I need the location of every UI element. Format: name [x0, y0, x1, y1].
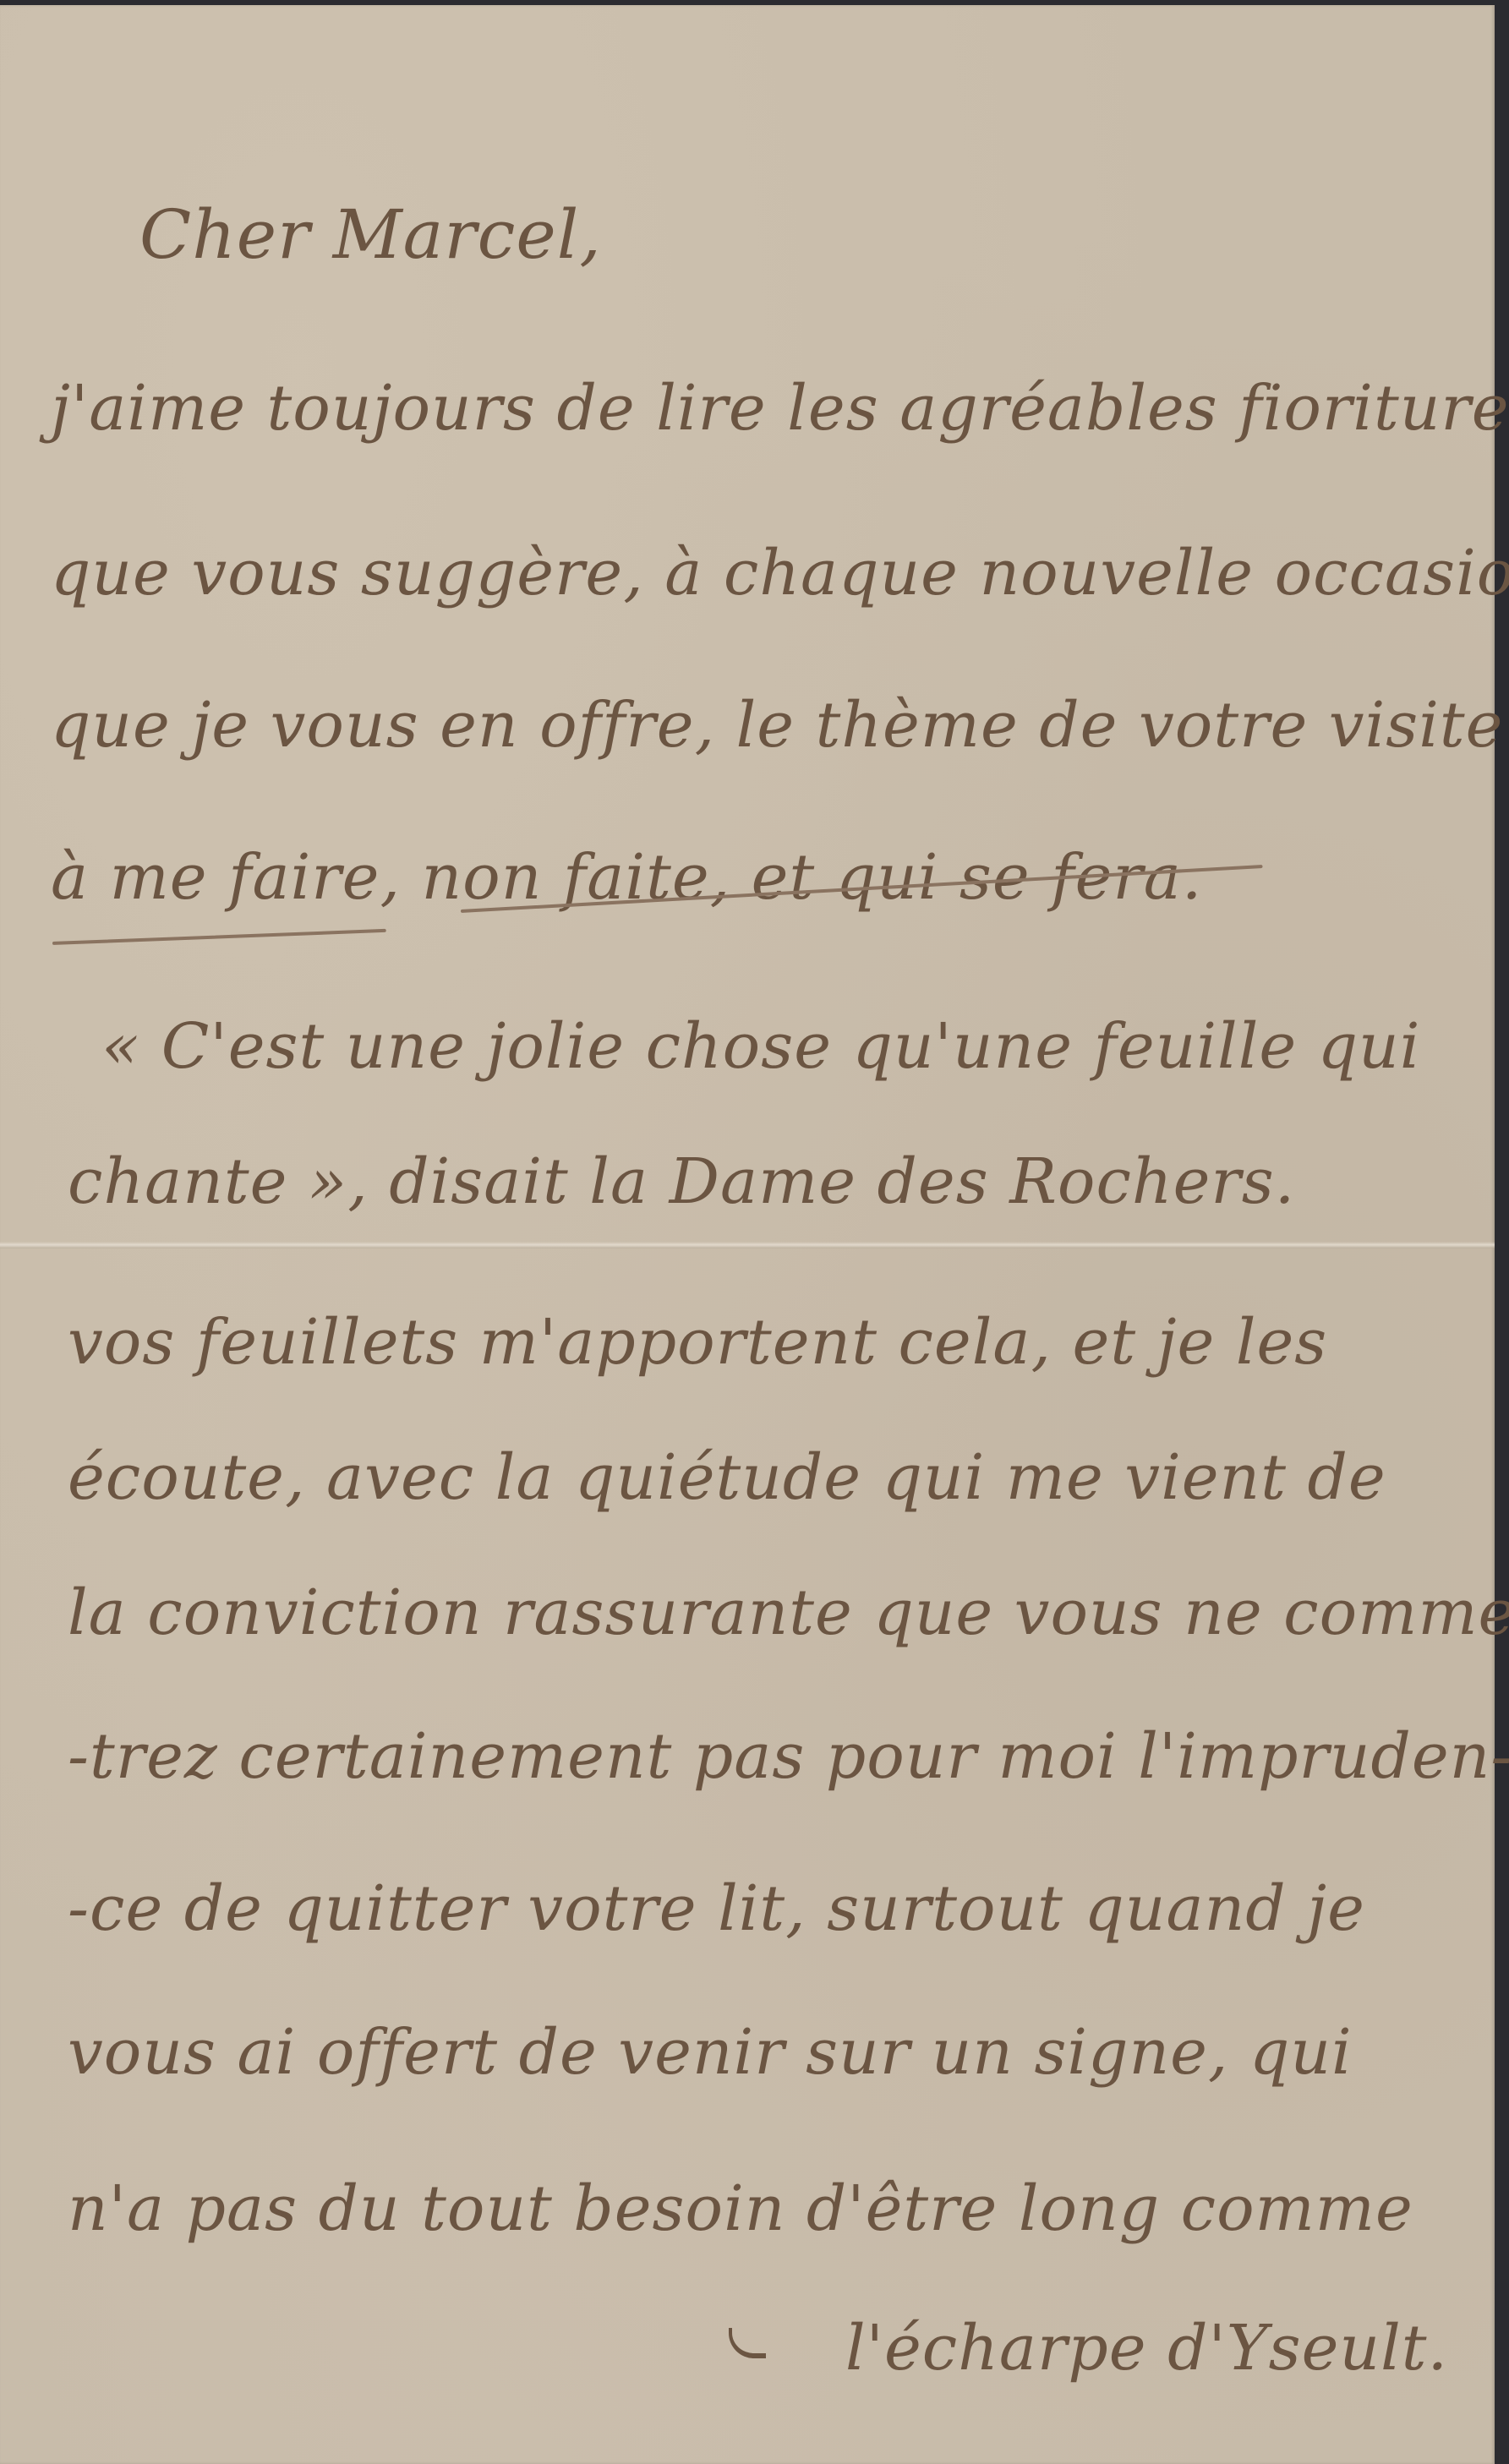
- letter-line-8: écoute, avec la quiétude qui me vient de: [68, 1446, 1386, 1509]
- letter-line-5: « C'est une jolie chose qu'une feuille q…: [101, 1015, 1420, 1078]
- letter-line-7: vos feuillets m'apportent cela, et je le…: [68, 1311, 1327, 1374]
- letter-line-11: -ce de quitter votre lit, surtout quand …: [68, 1877, 1365, 1940]
- letter-paper: Cher Marcel, j'aime toujours de lire les…: [0, 5, 1495, 2464]
- paper-fold-crease: [0, 1242, 1495, 1248]
- letter-line-12: vous ai offert de venir sur un signe, qu…: [68, 2021, 1353, 2084]
- letter-line-13: n'a pas du tout besoin d'être long comme: [68, 2177, 1413, 2240]
- letter-line-2: que vous suggère, à chaque nouvelle occa…: [51, 542, 1509, 604]
- letter-line-10: -trez certainement pas pour moi l'imprud…: [68, 1725, 1509, 1788]
- letter-line-6: chante », disait la Dame des Rochers.: [68, 1150, 1295, 1213]
- underline-stroke-1: [52, 929, 386, 945]
- letter-line-1: j'aime toujours de lire les agréables fi…: [51, 377, 1509, 440]
- letter-line-3: que je vous en offre, le thème de votre …: [51, 694, 1503, 757]
- letter-line-14: l'écharpe d'Yseult.: [845, 2317, 1448, 2379]
- closing-dash-stroke: [729, 2328, 766, 2358]
- letter-line-9: la conviction rassurante que vous ne com…: [68, 1582, 1509, 1644]
- salutation: Cher Marcel,: [139, 201, 602, 269]
